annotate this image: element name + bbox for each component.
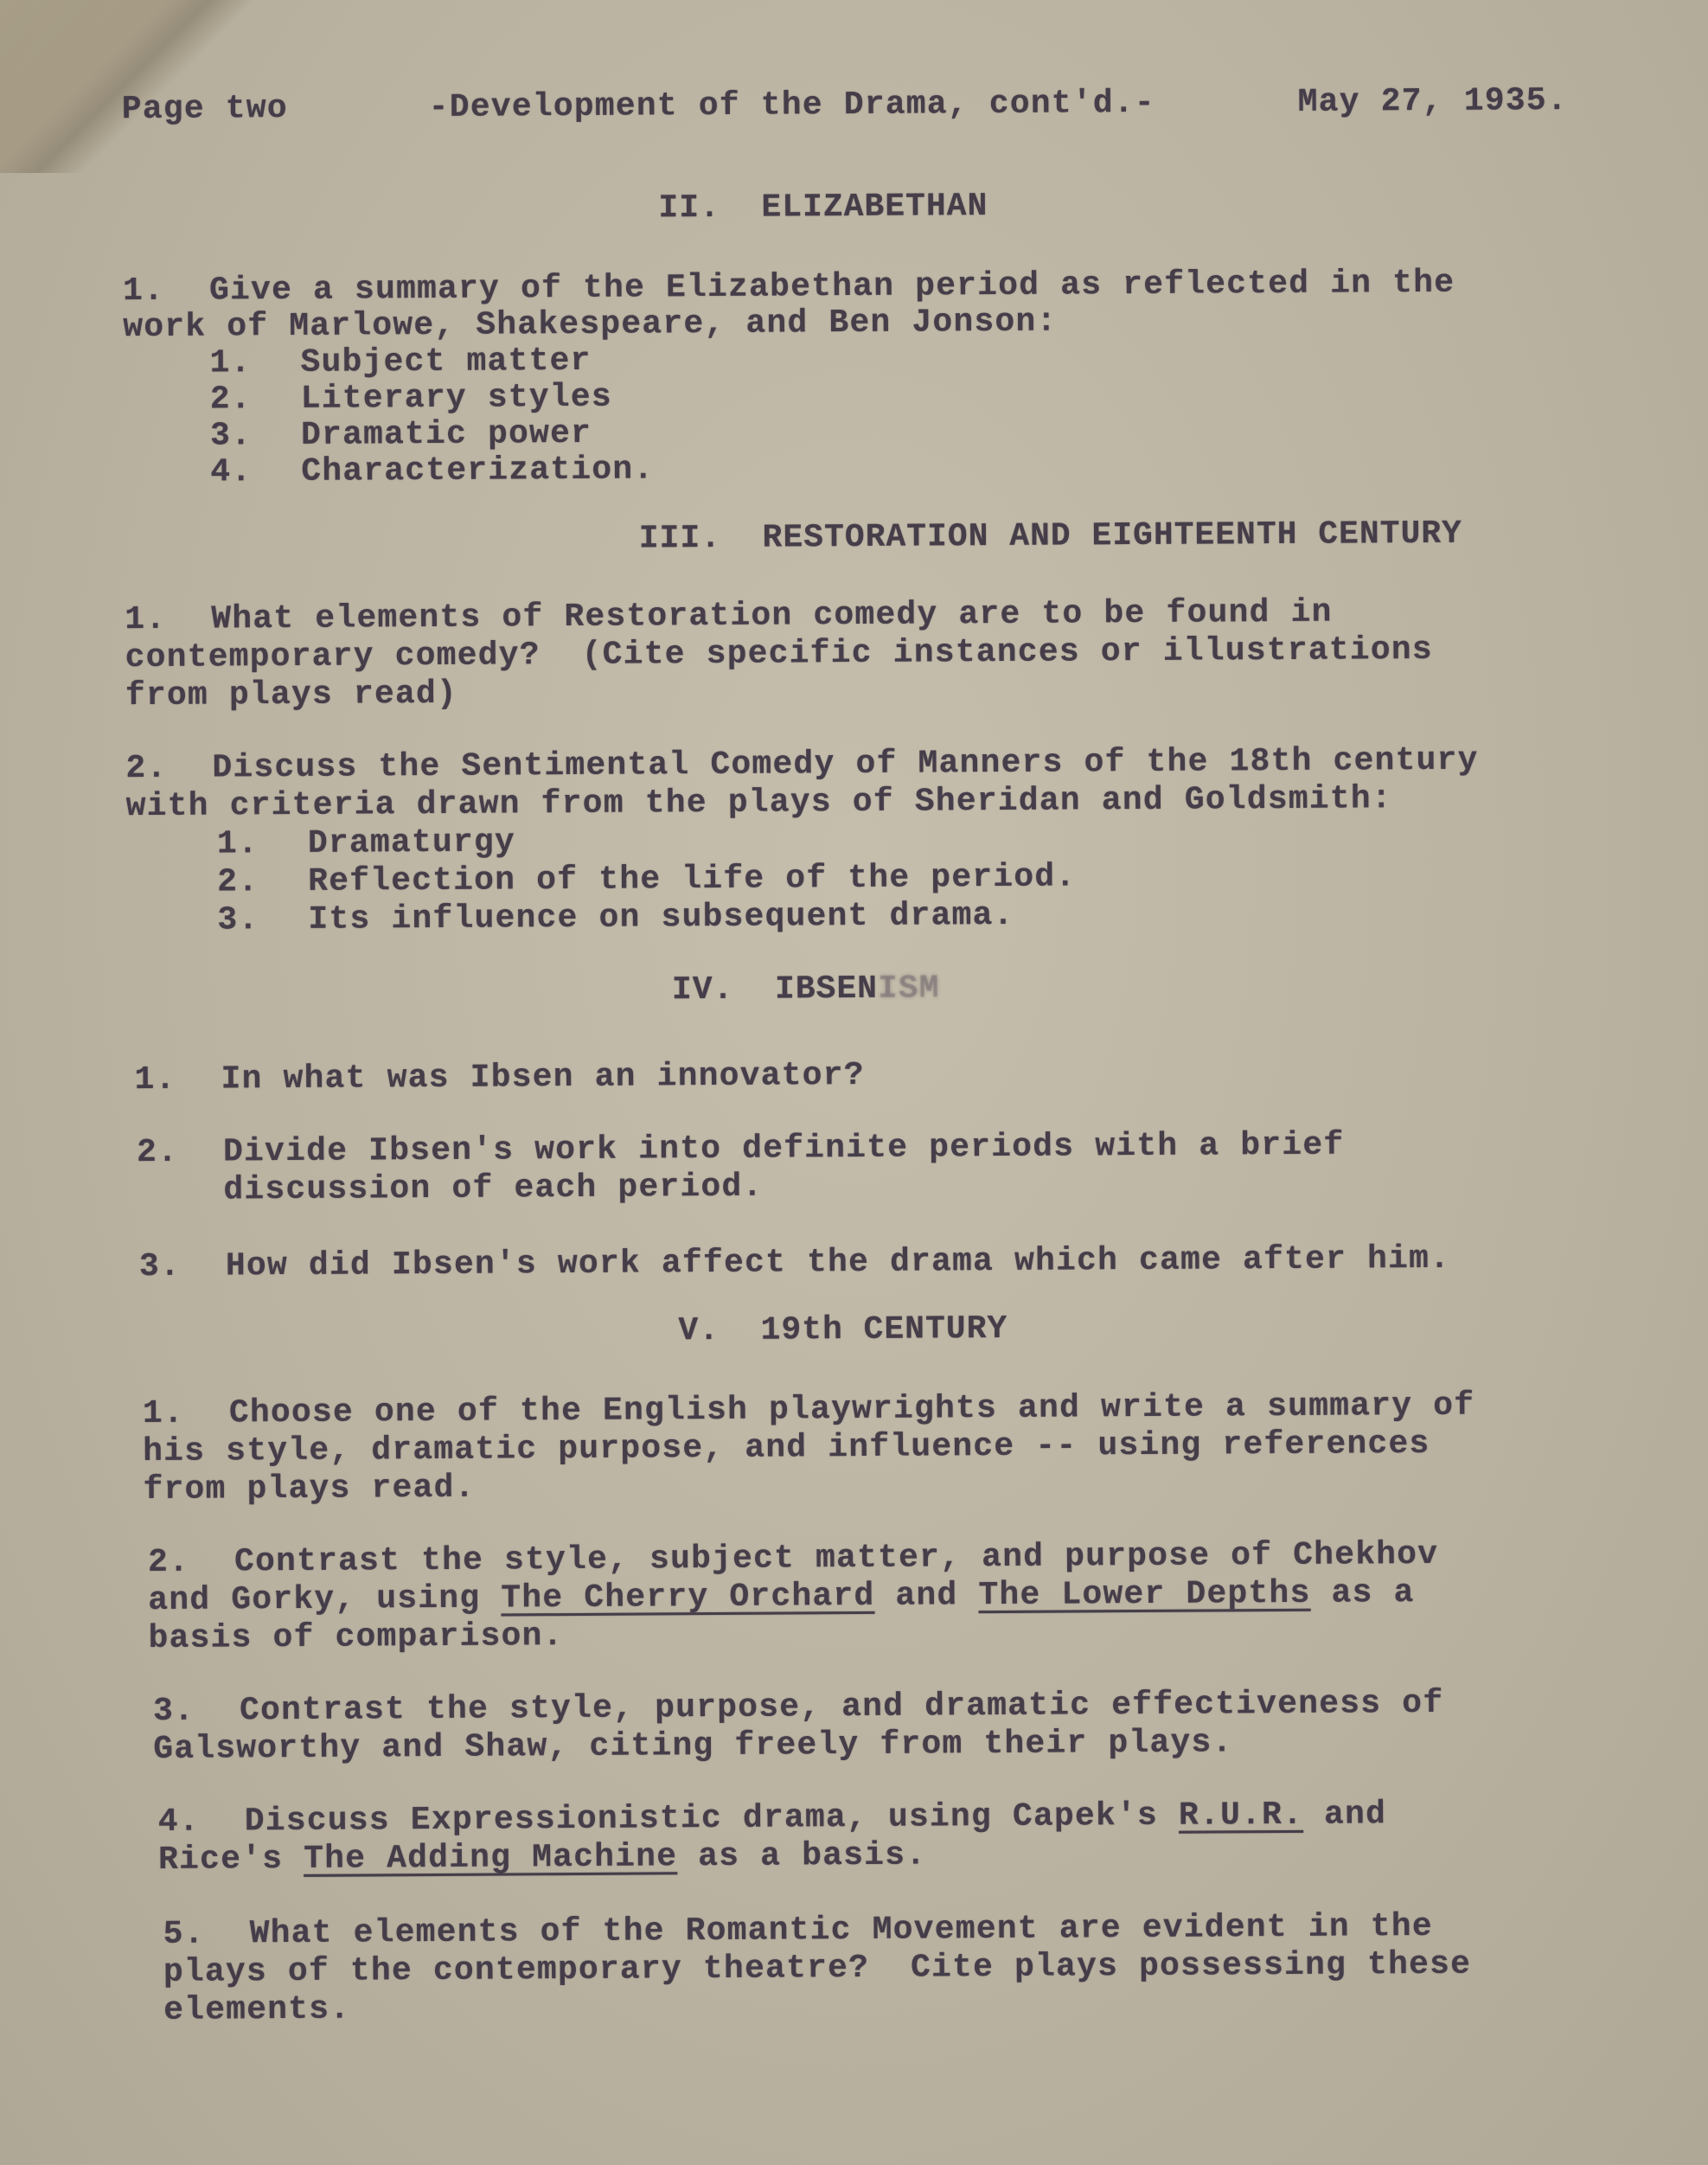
question-number: 1.	[143, 1395, 184, 1433]
text-fragment: and	[1303, 1796, 1386, 1834]
heading-text: IV. IBSEN	[672, 970, 878, 1009]
text-fragment: as a basis.	[677, 1837, 926, 1876]
question-ibsen-2: 2. Divide Ibsen's work into definite per…	[0, 0, 1708, 5]
section-heading-elizabethan: II. ELIZABETHAN	[658, 188, 988, 227]
question-text-line: from plays read.	[143, 1470, 475, 1509]
subitem-number: 3.	[217, 901, 259, 939]
text-fragment: as a	[1310, 1574, 1414, 1612]
subitem-number: 1.	[209, 344, 251, 382]
question-text-line: What elements of Restoration comedy are …	[211, 594, 1332, 639]
text-fragment: and Gorky, using	[148, 1580, 501, 1619]
question-number: 5.	[163, 1916, 205, 1954]
subitem-text: Literary styles	[301, 379, 612, 419]
question-text-line: Galsworthy and Shaw, citing freely from …	[153, 1724, 1232, 1769]
question-text-line: plays of the contemporary theatre? Cite …	[163, 1946, 1471, 1992]
question-text-line: work of Marlowe, Shakespeare, and Ben Jo…	[123, 304, 1057, 348]
subitem-text: Characterization.	[301, 451, 654, 490]
question-ibsen-3: 3. How did Ibsen's work affect the drama…	[0, 0, 1708, 5]
question-19th-1: 1. Choose one of the English playwrights…	[0, 0, 1708, 5]
question-number: 2.	[125, 750, 167, 788]
question-text-line: Contrast the style, purpose, and dramati…	[240, 1685, 1443, 1731]
subitem-number: 1.	[217, 825, 259, 863]
subitem-text: Reflection of the life of the period.	[308, 858, 1076, 900]
page-label: Page two	[122, 90, 288, 129]
text-fragment: and	[874, 1577, 978, 1615]
section-heading-ibsen: IV. IBSENISM	[672, 970, 940, 1009]
question-number: 1.	[125, 601, 166, 639]
text-fragment: Discuss Expressionistic drama, using Cap…	[245, 1797, 1179, 1841]
play-title-cherry-orchard: The Cherry Orchard	[501, 1578, 874, 1617]
question-text-line: from plays read)	[125, 676, 457, 715]
heading-faded-text: ISM	[878, 970, 940, 1007]
question-restoration-2: 2. Discuss the Sentimental Comedy of Man…	[0, 0, 1708, 5]
question-number: 2.	[137, 1134, 178, 1172]
subitem-text: Its influence on subsequent drama.	[308, 897, 1014, 939]
question-number: 2.	[148, 1544, 189, 1582]
question-text-line: basis of comparison.	[148, 1617, 563, 1658]
question-number: 1.	[123, 272, 164, 311]
question-text-line: his style, dramatic purpose, and influen…	[143, 1425, 1430, 1471]
question-text-line: Give a summary of the Elizabethan period…	[209, 265, 1455, 311]
question-number: 4.	[158, 1803, 200, 1842]
subitem-number: 2.	[210, 381, 252, 419]
question-text-line: Rice's The Adding Machine as a basis.	[158, 1837, 926, 1880]
question-text-line: and Gorky, using The Cherry Orchard and …	[148, 1574, 1415, 1620]
subitem-text: Dramatic power	[301, 415, 592, 455]
question-restoration-1: 1. What elements of Restoration comedy a…	[0, 0, 1708, 5]
play-title-adding-machine: The Adding Machine	[304, 1838, 677, 1878]
text-fragment: Rice's	[158, 1841, 304, 1879]
question-19th-4: 4. Discuss Expressionistic drama, using …	[0, 0, 1708, 5]
subitem-text: Subject matter	[300, 343, 591, 382]
question-text-line: How did Ibsen's work affect the drama wh…	[226, 1240, 1450, 1286]
question-text-line: discussion of each period.	[223, 1169, 763, 1210]
question-text-line: Divide Ibsen's work into definite period…	[223, 1127, 1344, 1172]
document-date: May 27, 1935.	[1298, 82, 1568, 122]
question-text-line: Discuss Expressionistic drama, using Cap…	[245, 1796, 1386, 1841]
play-title-rur: R.U.R.	[1179, 1797, 1303, 1835]
subitem-number: 4.	[210, 453, 252, 491]
subitem-text: Dramaturgy	[308, 823, 515, 862]
page-header: Page two -Development of the Drama, cont…	[122, 82, 1592, 134]
typewritten-page: Page two -Development of the Drama, cont…	[0, 0, 1708, 2165]
play-title-lower-depths: The Lower Depths	[978, 1575, 1310, 1614]
document-title: -Development of the Drama, cont'd.-	[429, 85, 1155, 127]
section-heading-19th-century: V. 19th CENTURY	[678, 1310, 1008, 1350]
question-elizabethan-1: 1. Give a summary of the Elizabethan per…	[0, 0, 1708, 5]
question-number: 3.	[153, 1693, 195, 1731]
question-text-line: In what was Ibsen an innovator?	[221, 1057, 864, 1099]
question-19th-3: 3. Contrast the style, purpose, and dram…	[0, 0, 1708, 5]
section-heading-restoration: III. RESTORATION AND EIGHTEENTH CENTURY	[639, 516, 1462, 559]
question-number: 1.	[134, 1061, 176, 1099]
question-number: 3.	[139, 1248, 181, 1286]
question-text-line: contemporary comedy? (Cite specific inst…	[125, 631, 1432, 677]
question-text-line: elements.	[163, 1991, 350, 2030]
question-19th-5: 5. What elements of the Romantic Movemen…	[0, 0, 1708, 5]
subitem-number: 3.	[210, 417, 252, 455]
question-text-line: with criteria drawn from the plays of Sh…	[126, 780, 1392, 826]
question-19th-2: 2. Contrast the style, subject matter, a…	[0, 0, 1708, 5]
subitem-number: 2.	[217, 863, 259, 901]
question-ibsen-1: 1. In what was Ibsen an innovator?	[0, 0, 1708, 5]
